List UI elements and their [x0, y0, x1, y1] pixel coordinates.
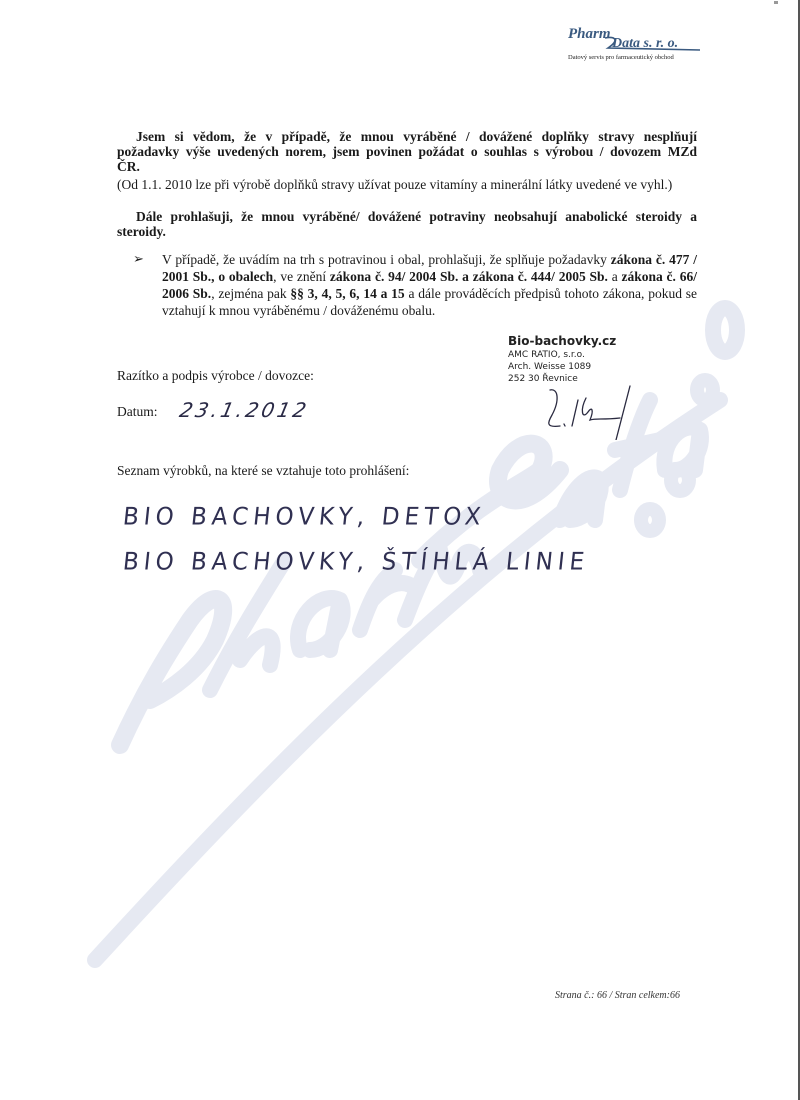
declaration-paragraph-2: Dále prohlašuji, že mnou vyráběné/ dováž… — [117, 209, 697, 239]
declaration-text: V případě, že uvádím na trh s potravinou… — [162, 252, 611, 267]
scan-speck — [774, 1, 778, 4]
date-label: Datum: — [117, 404, 158, 419]
logo-tagline: Datový servis pro farmaceutický obchod — [568, 54, 674, 61]
declaration-text: a — [608, 269, 622, 284]
packaging-declaration: V případě, že uvádím na trh s potravinou… — [162, 251, 697, 319]
declaration-text: , ve znění — [273, 269, 330, 284]
handwritten-signature — [530, 360, 650, 440]
paragraph-1-line: požadavky výše uvedených norem, jsem pov… — [117, 144, 697, 159]
product-list-label: Seznam výrobků, na které se vztahuje tot… — [117, 463, 409, 478]
handwritten-product: BIO BACHOVKY, ŠTÍHLÁ LINIE — [122, 548, 591, 575]
page-number: Strana č.: 66 / Stran celkem:66 — [555, 990, 680, 1001]
bullet-arrow-icon: ➢ — [133, 251, 151, 266]
vitamin-note: (Od 1.1. 2010 lze při výrobě doplňků str… — [117, 177, 707, 192]
declaration-paragraph-1: Jsem si vědom, že v případě, že mnou vyr… — [117, 129, 697, 174]
stamp-name: Bio-bachovky.cz — [508, 334, 648, 349]
logo-brand-line1: Pharm — [568, 26, 611, 42]
paragraph-1-line: ČR. — [117, 159, 697, 174]
handwritten-date: 23.1.2012 — [177, 398, 311, 422]
law-reference: §§ 3, 4, 5, 6, 14 a 15 — [290, 286, 404, 301]
paragraph-1-line: Jsem si vědom, že v případě, že mnou vyr… — [117, 129, 697, 144]
handwritten-product: BIO BACHOVKY, DETOX — [122, 503, 487, 530]
pharmdata-logo: Pharm Data s. r. o. Datový servis pro fa… — [560, 22, 720, 70]
law-reference: zákona č. 94/ 2004 Sb. a zákona č. 444/ … — [330, 269, 608, 284]
signature-label: Razítko a podpis výrobce / dovozce: — [117, 368, 314, 383]
declaration-text: , zejména pak — [211, 286, 290, 301]
